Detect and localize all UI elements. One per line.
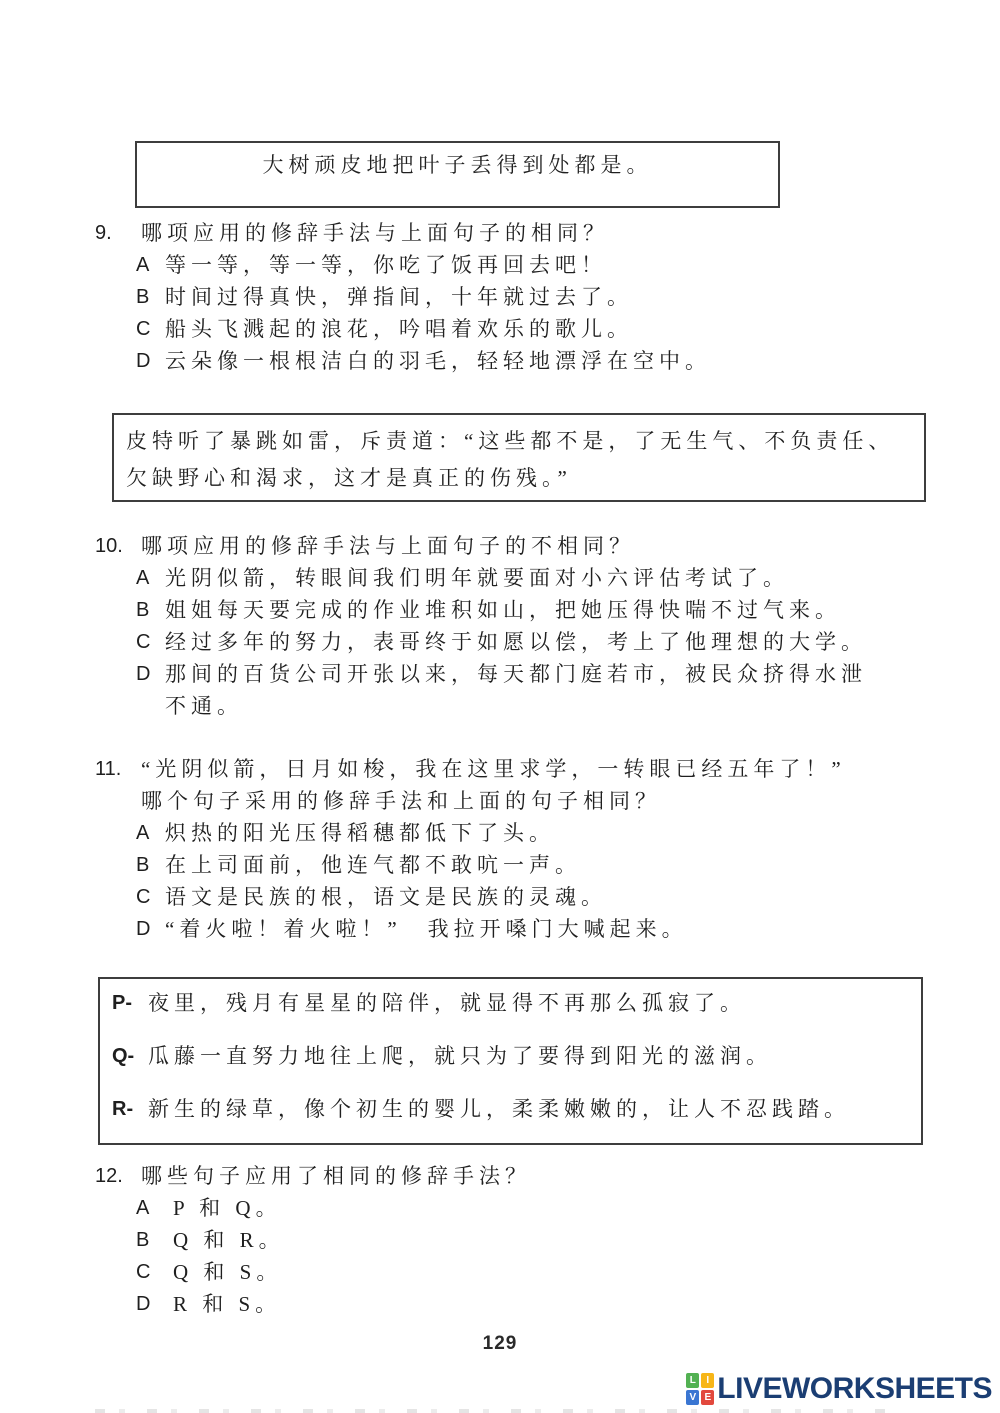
option-text: 时间过得真快，弹指间，十年就过去了。 <box>165 281 633 313</box>
question-9-option-d: D 云朵像一根根洁白的羽毛，轻轻地漂浮在空中。 <box>136 345 935 377</box>
question-12-option-b: B Q 和 R。 <box>136 1224 935 1256</box>
option-letter: B <box>136 1224 173 1256</box>
option-text: 姐姐每天要完成的作业堆积如山，把她压得快喘不过气来。 <box>165 594 841 626</box>
stimulus-label: R- <box>112 1093 148 1125</box>
option-text: 等一等，等一等，你吃了饭再回去吧！ <box>165 249 607 281</box>
question-quote-line: “光阴似箭，日月如梭，我在这里求学，一转眼已经五年了！” <box>141 753 846 785</box>
question-9-option-b: B 时间过得真快，弹指间，十年就过去了。 <box>136 281 935 313</box>
stimulus-text: 新生的绿草，像个初生的婴儿，柔柔嫩嫩的，让人不忍践踏。 <box>148 1093 850 1125</box>
question-number: 11. <box>95 753 141 817</box>
option-letter: B <box>136 849 165 881</box>
question-10-option-a: A 光阴似箭，转眼间我们明年就要面对小六评估考试了。 <box>136 562 935 594</box>
question-12-option-c: C Q 和 S。 <box>136 1256 935 1288</box>
question-9-option-c: C 船头飞溅起的浪花，吟唱着欢乐的歌儿。 <box>136 313 935 345</box>
question-number: 9. <box>95 217 141 249</box>
option-letter: D <box>136 913 165 945</box>
stimulus-text: 瓜藤一直努力地往上爬，就只为了要得到阳光的滋润。 <box>148 1040 772 1072</box>
question-10-option-c: C 经过多年的努力，表哥终于如愿以偿，考上了他理想的大学。 <box>136 626 935 658</box>
stimulus-sentence-q9: 大树顽皮地把叶子丢得到处都是。 <box>263 149 653 181</box>
logo-tile-i: I <box>701 1373 714 1388</box>
question-prompt: 哪项应用的修辞手法与上面句子的不相同？ <box>141 530 635 562</box>
option-text: 语文是民族的根，语文是民族的灵魂。 <box>165 881 607 913</box>
question-prompt: “光阴似箭，日月如梭，我在这里求学，一转眼已经五年了！” 哪个句子采用的修辞手法… <box>141 753 846 817</box>
stimulus-item-q: Q- 瓜藤一直努力地往上爬，就只为了要得到阳光的滋润。 <box>112 1040 911 1072</box>
stimulus-box-q12: P- 夜里，残月有星星的陪伴，就显得不再那么孤寂了。 Q- 瓜藤一直努力地往上爬… <box>98 977 923 1145</box>
stimulus-item-p: P- 夜里，残月有星星的陪伴，就显得不再那么孤寂了。 <box>112 987 911 1019</box>
question-number: 10. <box>95 530 141 562</box>
question-11-option-c: C 语文是民族的根，语文是民族的灵魂。 <box>136 881 935 913</box>
question-10-option-d: D 那间的百货公司开张以来，每天都门庭若市，被民众挤得水泄不通。 <box>136 658 935 722</box>
option-text: “着火啦！着火啦！” 我拉开嗓门大喊起来。 <box>165 913 688 945</box>
option-text: Q 和 R。 <box>173 1224 285 1256</box>
option-letter: C <box>136 626 165 658</box>
option-letter: D <box>136 345 165 377</box>
logo-tile-v: V <box>686 1390 699 1405</box>
option-letter: C <box>136 1256 173 1288</box>
option-letter: D <box>136 658 165 722</box>
option-text: 云朵像一根根洁白的羽毛，轻轻地漂浮在空中。 <box>165 345 711 377</box>
option-text: 船头飞溅起的浪花，吟唱着欢乐的歌儿。 <box>165 313 633 345</box>
question-11: 11. “光阴似箭，日月如梭，我在这里求学，一转眼已经五年了！” 哪个句子采用的… <box>95 753 935 945</box>
question-12-option-d: D R 和 S。 <box>136 1288 935 1320</box>
question-9-option-a: A 等一等，等一等，你吃了饭再回去吧！ <box>136 249 935 281</box>
question-prompt: 哪项应用的修辞手法与上面句子的相同？ <box>141 217 609 249</box>
stimulus-label: Q- <box>112 1040 148 1072</box>
question-11-header: 11. “光阴似箭，日月如梭，我在这里求学，一转眼已经五年了！” 哪个句子采用的… <box>95 753 935 817</box>
option-text: 那间的百货公司开张以来，每天都门庭若市，被民众挤得水泄不通。 <box>165 658 880 722</box>
liveworksheets-logo[interactable]: L I V E LIVEWORKSHEETS <box>686 1372 992 1406</box>
question-11-option-d: D “着火啦！着火啦！” 我拉开嗓门大喊起来。 <box>136 913 935 945</box>
stimulus-label: P- <box>112 987 148 1019</box>
stimulus-line: 皮特听了暴跳如雷，斥责道：“这些都不是，了无生气、不负责任、 <box>126 423 914 460</box>
option-text: 在上司面前，他连气都不敢吭一声。 <box>165 849 581 881</box>
question-11-option-b: B 在上司面前，他连气都不敢吭一声。 <box>136 849 935 881</box>
liveworksheets-wordmark: LIVEWORKSHEETS <box>717 1372 992 1406</box>
worksheet-page: 大树顽皮地把叶子丢得到处都是。 9. 哪项应用的修辞手法与上面句子的相同？ A … <box>0 0 1000 1413</box>
question-10-option-b: B 姐姐每天要完成的作业堆积如山，把她压得快喘不过气来。 <box>136 594 935 626</box>
stimulus-box-q9: 大树顽皮地把叶子丢得到处都是。 <box>135 141 780 208</box>
option-letter: A <box>136 562 165 594</box>
option-text: Q 和 S。 <box>173 1256 282 1288</box>
option-letter: D <box>136 1288 173 1320</box>
option-letter: C <box>136 313 165 345</box>
question-12-option-a: A P 和 Q。 <box>136 1192 935 1224</box>
question-prompt-line: 哪个句子采用的修辞手法和上面的句子相同？ <box>141 785 846 817</box>
question-11-option-a: A 炽热的阳光压得稻穗都低下了头。 <box>136 817 935 849</box>
stimulus-box-q10: 皮特听了暴跳如雷，斥责道：“这些都不是，了无生气、不负责任、 欠缺野心和渴求，这… <box>112 413 926 502</box>
question-9-header: 9. 哪项应用的修辞手法与上面句子的相同？ <box>95 217 935 249</box>
question-9: 9. 哪项应用的修辞手法与上面句子的相同？ A 等一等，等一等，你吃了饭再回去吧… <box>95 217 935 377</box>
question-prompt: 哪些句子应用了相同的修辞手法？ <box>141 1160 531 1192</box>
question-12-header: 12. 哪些句子应用了相同的修辞手法？ <box>95 1160 935 1192</box>
question-10: 10. 哪项应用的修辞手法与上面句子的不相同？ A 光阴似箭，转眼间我们明年就要… <box>95 530 935 722</box>
option-text: 经过多年的努力，表哥终于如愿以偿，考上了他理想的大学。 <box>165 626 867 658</box>
option-letter: B <box>136 594 165 626</box>
stimulus-line: 欠缺野心和渴求，这才是真正的伤残。” <box>126 460 914 497</box>
question-12: 12. 哪些句子应用了相同的修辞手法？ A P 和 Q。 B Q 和 R。 C … <box>95 1160 935 1320</box>
option-text: 炽热的阳光压得稻穗都低下了头。 <box>165 817 555 849</box>
page-number: 129 <box>0 1333 1000 1355</box>
option-text: P 和 Q。 <box>173 1192 282 1224</box>
logo-tile-l: L <box>686 1373 699 1388</box>
stimulus-item-r: R- 新生的绿草，像个初生的婴儿，柔柔嫩嫩的，让人不忍践踏。 <box>112 1093 911 1125</box>
question-number: 12. <box>95 1160 141 1192</box>
option-letter: A <box>136 249 165 281</box>
logo-tile-e: E <box>701 1390 714 1405</box>
option-text: R 和 S。 <box>173 1288 281 1320</box>
stimulus-text: 夜里，残月有星星的陪伴，就显得不再那么孤寂了。 <box>148 987 746 1019</box>
scan-artifact <box>95 1409 885 1413</box>
option-letter: A <box>136 1192 173 1224</box>
liveworksheets-grid-icon: L I V E <box>686 1373 714 1405</box>
option-letter: C <box>136 881 165 913</box>
option-letter: B <box>136 281 165 313</box>
option-letter: A <box>136 817 165 849</box>
question-10-header: 10. 哪项应用的修辞手法与上面句子的不相同？ <box>95 530 935 562</box>
option-text: 光阴似箭，转眼间我们明年就要面对小六评估考试了。 <box>165 562 789 594</box>
